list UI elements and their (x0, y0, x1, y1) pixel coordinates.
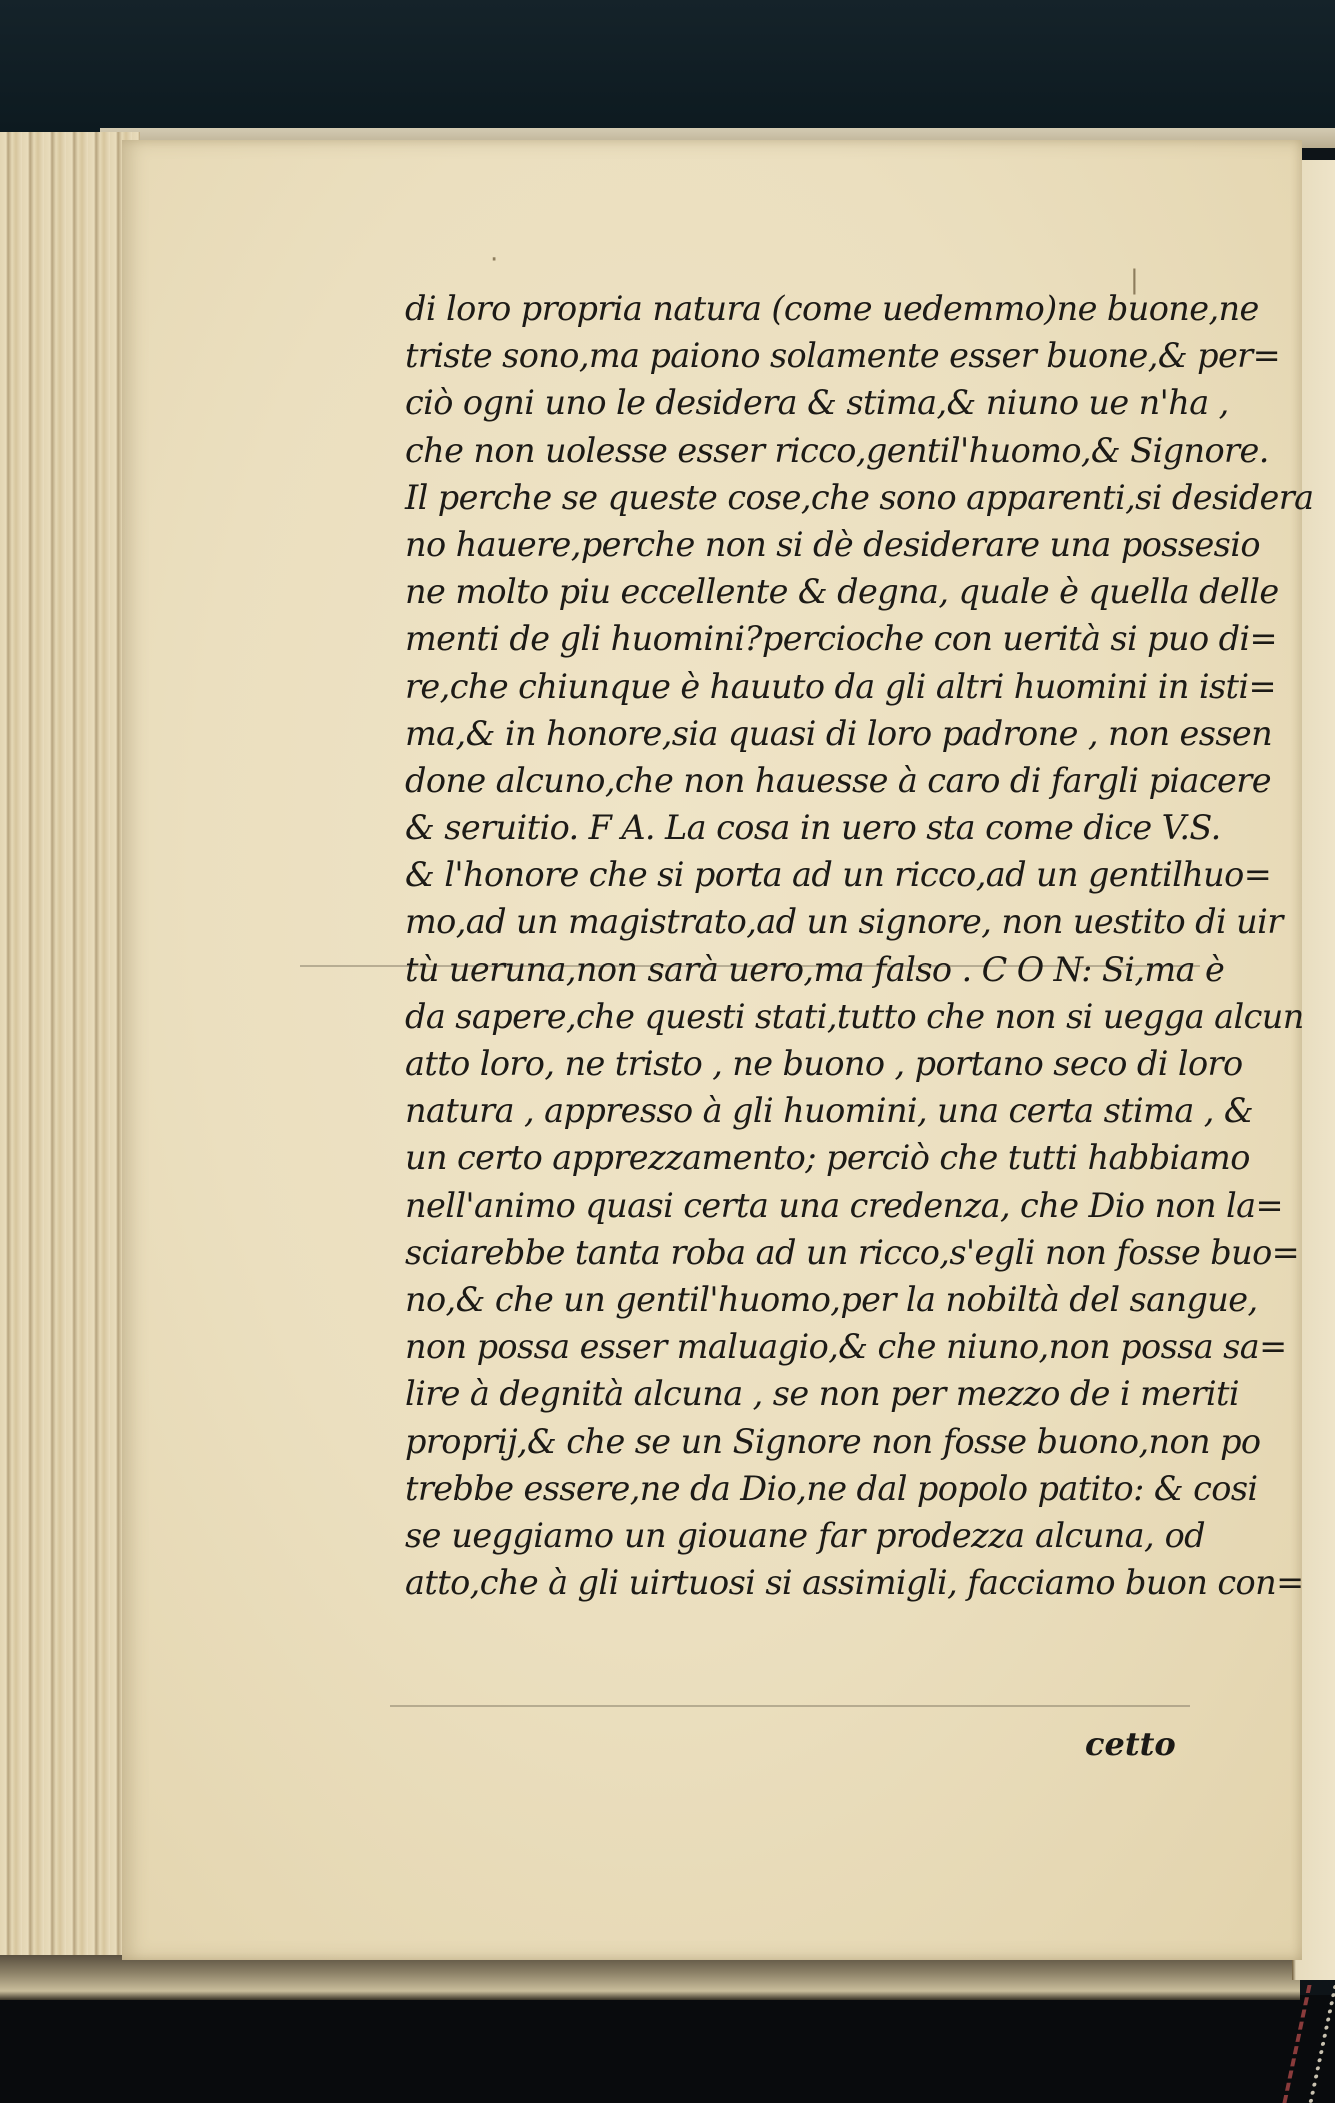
text-line: se ueggiamo un giouane far prodezza alcu… (405, 1512, 1205, 1559)
book-bottom-edge (0, 1955, 1300, 2000)
text-line: natura , appresso à gli huomini, una cer… (405, 1087, 1205, 1134)
text-line: nell'animo quasi certa una credenza, che… (405, 1182, 1205, 1229)
text-line: lire à degnità alcuna , se non per mezzo… (405, 1370, 1205, 1417)
text-line: da sapere,che questi stati,tutto che non… (405, 993, 1205, 1040)
backdrop-top (0, 0, 1335, 132)
text-line: proprij,& che se un Signore non fosse bu… (405, 1418, 1205, 1465)
text-line: mo,ad un magistrato,ad un signore, non u… (405, 898, 1205, 945)
text-line: trebbe essere,ne da Dio,ne dal popolo pa… (405, 1465, 1205, 1512)
catchword: cetto (1085, 1725, 1176, 1763)
faint-rule (390, 1705, 1190, 1707)
text-line: di loro propria natura (come uedemmo)ne … (405, 285, 1205, 332)
text-line: ciò ogni uno le desidera & stima,& niuno… (405, 379, 1205, 426)
text-line: re,che chiunque è hauuto da gli altri hu… (405, 663, 1205, 710)
text-line: menti de gli huomini?percioche con uerit… (405, 615, 1205, 662)
text-line: no hauere,perche non si dè desiderare un… (405, 521, 1205, 568)
text-line: ma,& in honore,sia quasi di loro padrone… (405, 710, 1205, 757)
text-line: done alcuno,che non hauesse à caro di fa… (405, 757, 1205, 804)
text-block: di loro propria natura (come uedemmo)ne … (405, 285, 1205, 1606)
text-line: & seruitio. F A. La cosa in uero sta com… (405, 804, 1205, 851)
text-line: & l'honore che si porta ad un ricco,ad u… (405, 851, 1205, 898)
page-stack-edges (0, 132, 140, 1972)
backdrop-bottom (0, 1995, 1335, 2103)
text-line: atto,che à gli uirtuosi si assimigli, fa… (405, 1559, 1205, 1606)
stray-mark: · (490, 245, 498, 275)
text-line: atto loro, ne tristo , ne buono , portan… (405, 1040, 1205, 1087)
text-line: Il perche se queste cose,che sono appare… (405, 474, 1205, 521)
text-line: ne molto piu eccellente & degna, quale è… (405, 568, 1205, 615)
text-line: triste sono,ma paiono solamente esser bu… (405, 332, 1205, 379)
text-line: che non uolesse esser ricco,gentil'huomo… (405, 427, 1205, 474)
text-line: tù ueruna,non sarà uero,ma falso . C O N… (405, 946, 1205, 993)
text-line: sciarebbe tanta roba ad un ricco,s'egli … (405, 1229, 1205, 1276)
text-line: no,& che un gentil'huomo,per la nobiltà … (405, 1276, 1205, 1323)
text-line: un certo apprezzamento; perciò che tutti… (405, 1134, 1205, 1181)
text-line: non possa esser maluagio,& che niuno,non… (405, 1323, 1205, 1370)
